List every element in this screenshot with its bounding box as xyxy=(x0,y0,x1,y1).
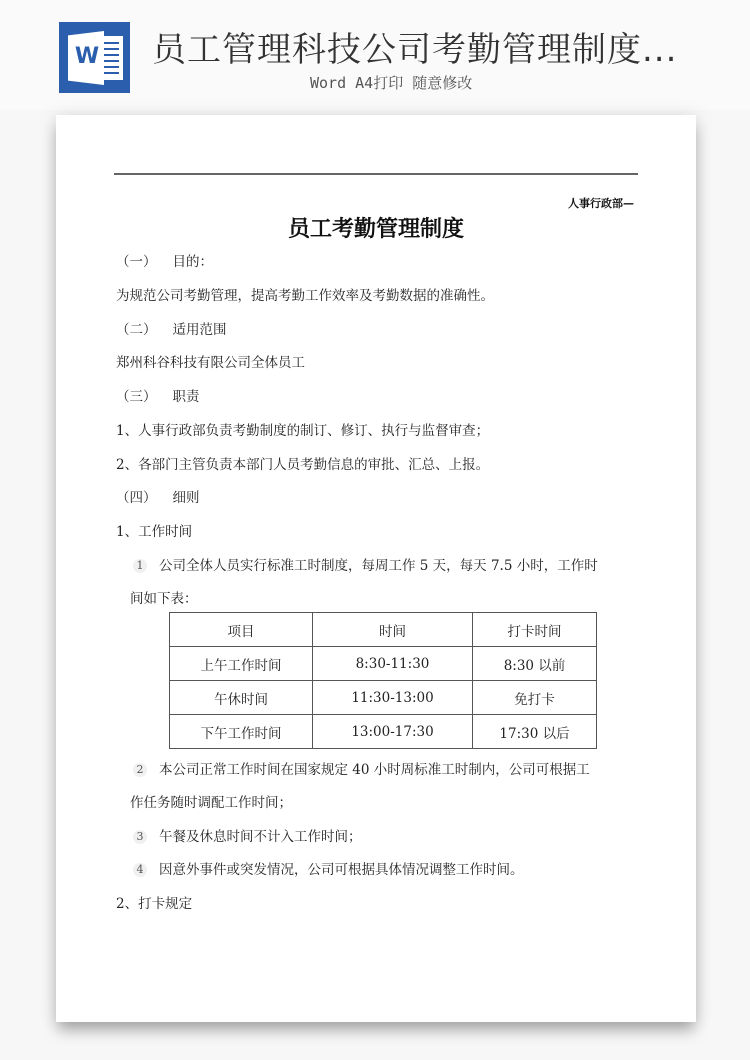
table-header-cell: 项目 xyxy=(170,613,313,647)
circled-number-icon: 1 xyxy=(133,559,147,573)
word-doc-icon: W xyxy=(59,22,130,93)
department-label: 人事行政部— xyxy=(568,195,634,211)
section-heading-scope: （二）适用范围 xyxy=(116,318,227,338)
list-item-2: 2本公司正常工作时间在国家规定 40 小时周标准工时制内，公司可根据工 xyxy=(133,758,590,778)
section-number: （四） xyxy=(116,490,157,506)
section-title: 适用范围 xyxy=(173,322,227,338)
paragraph-scope: 郑州科谷科技有限公司全体员工 xyxy=(116,351,305,371)
list-item-text: 午餐及休息时间不计入工作时间； xyxy=(159,829,362,845)
document-page: 人事行政部— 员工考勤管理制度 （一）目的： 为规范公司考勤管理，提高考勤工作效… xyxy=(56,115,696,1022)
list-item-text: 因意外事件或突发情况，公司可根据具体情况调整工作时间。 xyxy=(159,862,524,878)
section-title: 目的： xyxy=(173,254,214,270)
list-item-2-cont: 作任务随时调配工作时间； xyxy=(130,791,292,811)
section-number: （三） xyxy=(116,389,157,405)
list-item-3: 3午餐及休息时间不计入工作时间； xyxy=(133,825,362,845)
circled-number-icon: 4 xyxy=(133,863,147,877)
section-title: 细则 xyxy=(173,490,200,506)
table-row: 下午工作时间 13:00-17:30 17:30 以后 xyxy=(170,715,597,749)
section-heading-details: （四）细则 xyxy=(116,486,200,506)
duty-item-2: 2、各部门主管负责本部门人员考勤信息的审批、汇总、上报。 xyxy=(116,453,489,473)
word-cover-graphic: W xyxy=(68,31,104,85)
table-header-cell: 时间 xyxy=(313,613,473,647)
list-item-text: 公司全体人员实行标准工时制度，每周工作 5 天，每天 7.5 小时，工作时 xyxy=(159,558,598,574)
file-subtitle: Word A4打印 随意修改 xyxy=(310,72,472,93)
subheading-work-hours: 1、工作时间 xyxy=(116,520,192,540)
paragraph-purpose: 为规范公司考勤管理，提高考勤工作效率及考勤数据的准确性。 xyxy=(116,284,494,304)
section-heading-duties: （三）职责 xyxy=(116,385,200,405)
header-banner: W 员工管理科技公司考勤管理制度... Word A4打印 随意修改 xyxy=(0,0,750,110)
document-title: 员工考勤管理制度 xyxy=(56,212,696,243)
section-number: （二） xyxy=(116,322,157,338)
section-number: （一） xyxy=(116,254,157,270)
table-cell: 13:00-17:30 xyxy=(313,715,473,749)
table-row: 上午工作时间 8:30-11:30 8:30 以前 xyxy=(170,647,597,681)
table-cell: 11:30-13:00 xyxy=(313,681,473,715)
duty-item-1: 1、人事行政部负责考勤制度的制订、修订、执行与监督审查； xyxy=(116,419,489,439)
section-title: 职责 xyxy=(173,389,200,405)
word-letter: W xyxy=(72,44,102,69)
table-cell: 8:30-11:30 xyxy=(313,647,473,681)
work-hours-table: 项目 时间 打卡时间 上午工作时间 8:30-11:30 8:30 以前 午休时… xyxy=(169,612,597,749)
table-cell: 8:30 以前 xyxy=(473,647,597,681)
table-row: 午休时间 11:30-13:00 免打卡 xyxy=(170,681,597,715)
subheading-clock-in-rules: 2、打卡规定 xyxy=(116,892,192,912)
circled-number-icon: 2 xyxy=(133,763,147,777)
table-cell: 17:30 以后 xyxy=(473,715,597,749)
circled-number-icon: 3 xyxy=(133,830,147,844)
list-item-text: 本公司正常工作时间在国家规定 40 小时周标准工时制内，公司可根据工 xyxy=(159,762,590,778)
table-cell: 午休时间 xyxy=(170,681,313,715)
list-item-1-cont: 间如下表： xyxy=(130,587,198,607)
list-item-4: 4因意外事件或突发情况，公司可根据具体情况调整工作时间。 xyxy=(133,858,524,878)
list-item-1: 1公司全体人员实行标准工时制度，每周工作 5 天，每天 7.5 小时，工作时 xyxy=(133,554,598,574)
section-heading-purpose: （一）目的： xyxy=(116,250,213,270)
table-header-cell: 打卡时间 xyxy=(473,613,597,647)
table-cell: 下午工作时间 xyxy=(170,715,313,749)
file-title: 员工管理科技公司考勤管理制度... xyxy=(152,22,677,71)
table-header-row: 项目 时间 打卡时间 xyxy=(170,613,597,647)
table-cell: 免打卡 xyxy=(473,681,597,715)
header-rule xyxy=(114,173,638,175)
table-cell: 上午工作时间 xyxy=(170,647,313,681)
